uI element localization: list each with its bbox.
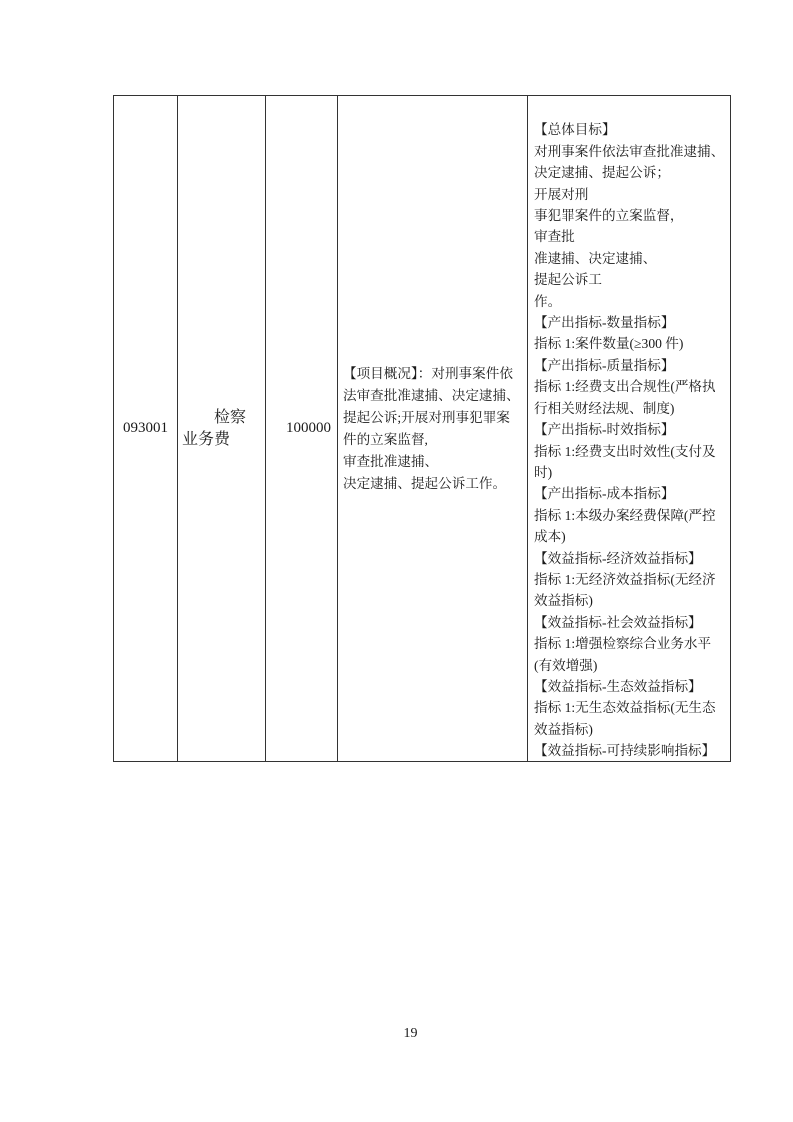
project-name-cell: 检察 业务费 — [178, 96, 266, 761]
project-budget-table: 093001 检察 业务费 100000 【项目概况】：对刑事案件依 法审查批准… — [113, 95, 731, 762]
performance-targets-cell: 【总体目标】 对刑事案件依法审查批准逮捕、 决定逮捕、提起公诉；开展对刑 事犯罪… — [528, 96, 730, 761]
project-overview-cell: 【项目概况】：对刑事案件依 法审查批准逮捕、决定逮捕、 提起公诉;开展对刑事犯罪… — [338, 96, 528, 761]
project-overview-text: 【项目概况】：对刑事案件依 法审查批准逮捕、决定逮捕、 提起公诉;开展对刑事犯罪… — [343, 363, 522, 495]
document-page: 093001 检察 业务费 100000 【项目概况】：对刑事案件依 法审查批准… — [0, 0, 793, 1122]
project-amount: 100000 — [286, 420, 331, 437]
project-code-cell: 093001 — [114, 96, 178, 761]
project-amount-cell: 100000 — [266, 96, 338, 761]
page-number: 19 — [14, 1026, 793, 1042]
project-name: 检察 业务费 — [182, 407, 261, 451]
project-code: 093001 — [123, 420, 168, 437]
performance-targets-text: 【总体目标】 对刑事案件依法审查批准逮捕、 决定逮捕、提起公诉；开展对刑 事犯罪… — [534, 122, 724, 761]
